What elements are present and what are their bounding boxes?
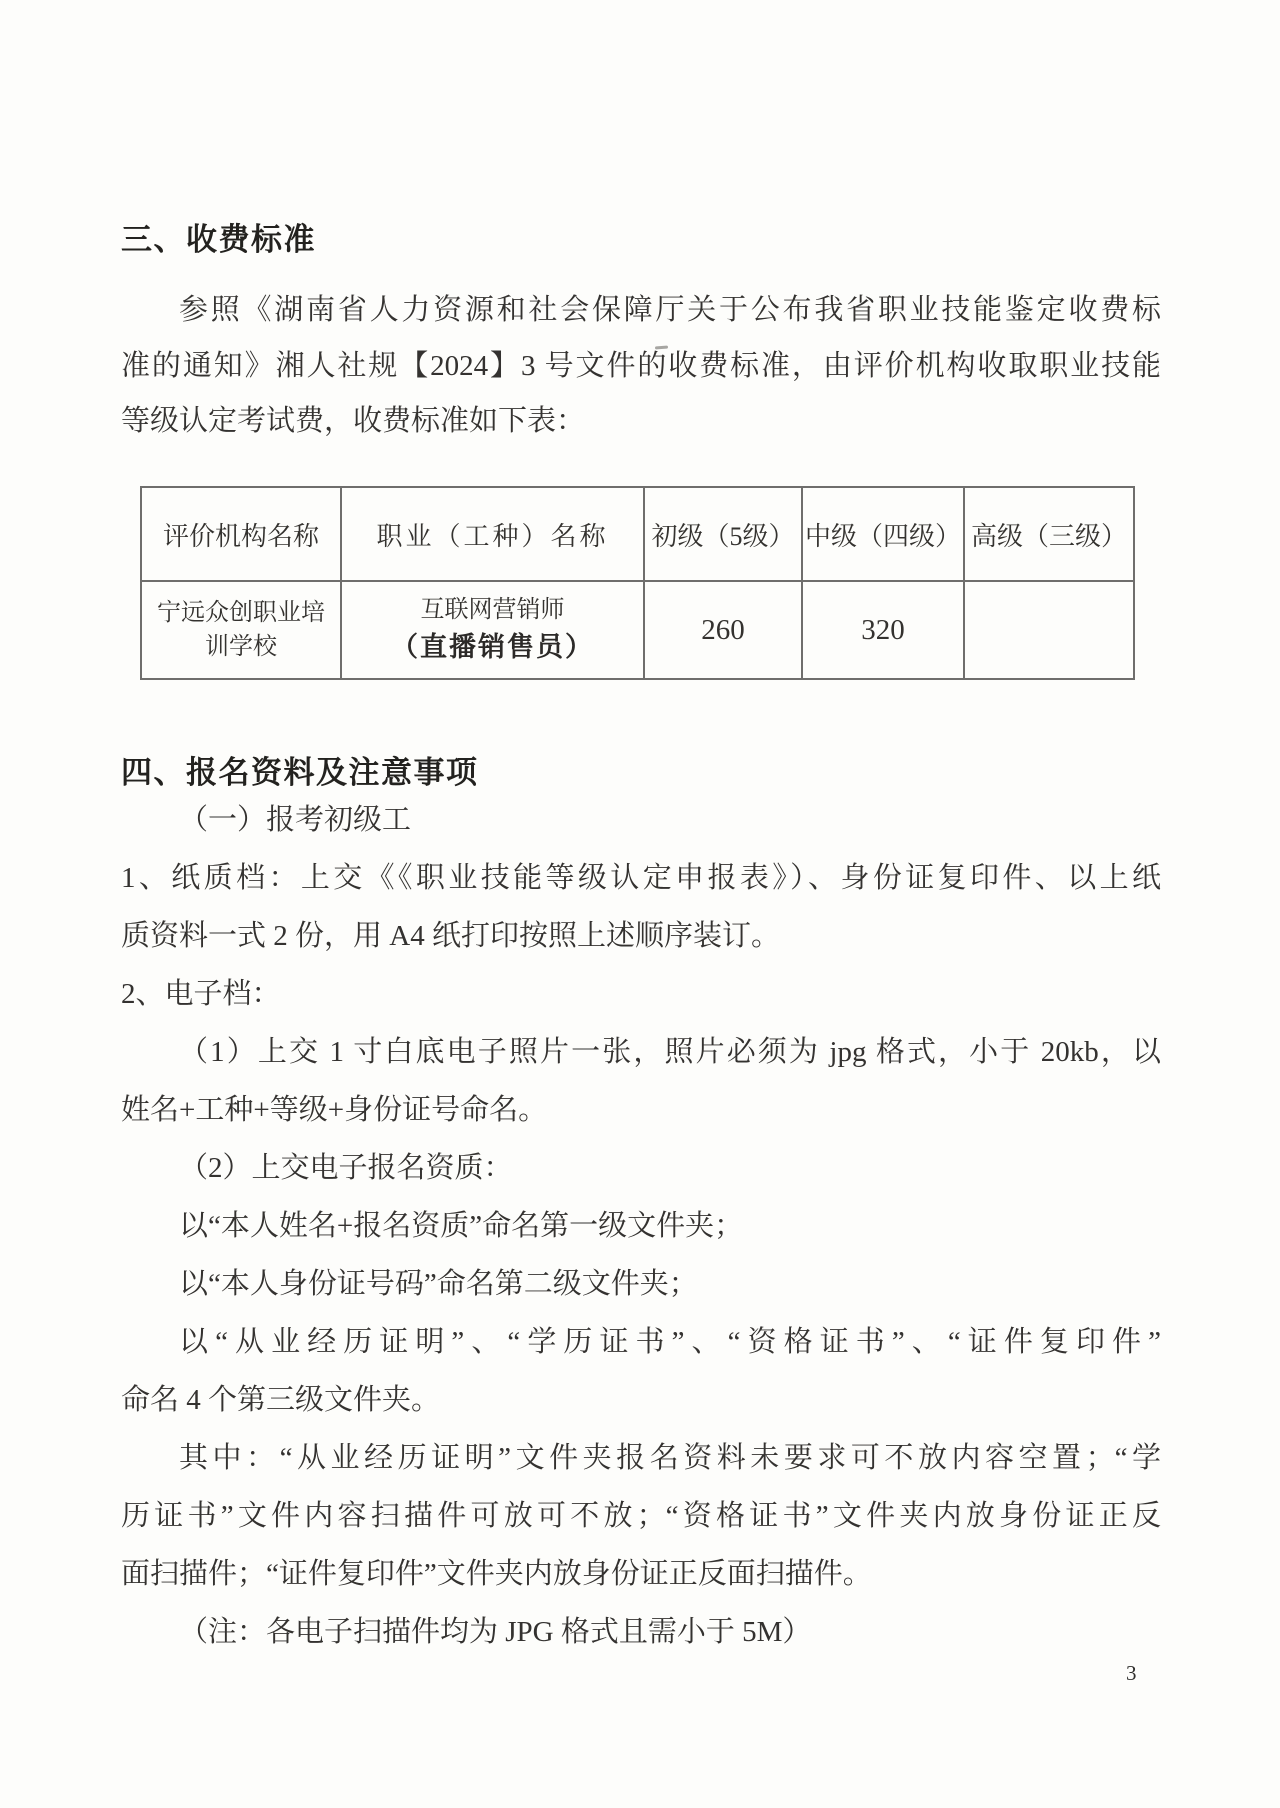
org-name-line: 训学校 [142, 630, 340, 664]
document-page: 三、收费标准 参照《湖南省人力资源和社会保障厅关于公布我省职业技能鉴定收费标 准… [0, 0, 1280, 1808]
reg-line: 以“本人姓名+报名资质”命名第一级文件夹； [121, 1197, 1161, 1255]
reg-line: （1）上交 1 寸白底电子照片一张，照片必须为 jpg 格式，小于 20kb，以 [121, 1023, 1161, 1081]
fee-paragraph-line: 等级认定考试费，收费标准如下表： [121, 394, 1161, 450]
reg-line: 质资料一式 2 份，用 A4 纸打印按照上述顺序装订。 [121, 907, 1161, 965]
fee-table-data-row: 宁远众创职业培 训学校 互联网营销师 （直播销售员） 260 320 [141, 581, 1134, 679]
fee-paragraph-line: 参照《湖南省人力资源和社会保障厅关于公布我省职业技能鉴定收费标 [121, 283, 1161, 339]
reg-line: （2）上交电子报名资质： [121, 1139, 1161, 1197]
cell-junior-fee: 260 [644, 581, 802, 679]
header-intermediate-level: 中级（四级） [802, 487, 964, 581]
reg-line: 命名 4 个第三级文件夹。 [121, 1371, 1161, 1429]
fee-paragraph-line: 准的通知》湘人社规【2024】3 号文件的收费标准，由评价机构收取职业技能 [121, 339, 1161, 395]
reg-line-subheading: （一）报考初级工 [121, 791, 1161, 849]
reg-line: 以“从业经历证明”、“学历证书”、“资格证书”、“证件复印件” [121, 1313, 1161, 1371]
reg-line-note: （注：各电子扫描件均为 JPG 格式且需小于 5M） [121, 1603, 1161, 1661]
page-number: 3 [1126, 1660, 1137, 1686]
reg-line: 1、纸质档：上交《《职业技能等级认定申报表》）、身份证复印件、以上纸 [121, 849, 1161, 907]
reg-line: 历证书”文件内容扫描件可放可不放；“资格证书”文件夹内放身份证正反 [121, 1487, 1161, 1545]
reg-line: 其中：“从业经历证明”文件夹报名资料未要求可不放内容空置；“学 [121, 1429, 1161, 1487]
section-fee-heading: 三、收费标准 [121, 214, 316, 259]
section-registration-heading: 四、报名资料及注意事项 [121, 747, 479, 792]
registration-body: （一）报考初级工 1、纸质档：上交《《职业技能等级认定申报表》）、身份证复印件、… [121, 791, 1161, 1661]
header-junior-level: 初级（5级） [644, 487, 802, 581]
occupation-line: （直播销售员） [342, 627, 643, 667]
reg-line: 姓名+工种+等级+身份证号命名。 [121, 1081, 1161, 1139]
fee-table: 评价机构名称 职业（工种）名称 初级（5级） 中级（四级） 高级（三级） 宁远众… [140, 486, 1135, 680]
reg-line: 2、电子档： [121, 965, 1161, 1023]
cell-senior-fee [964, 581, 1134, 679]
cell-intermediate-fee: 320 [802, 581, 964, 679]
header-senior-level: 高级（三级） [964, 487, 1134, 581]
cell-org-name: 宁远众创职业培 训学校 [141, 581, 341, 679]
reg-line: 面扫描件；“证件复印件”文件夹内放身份证正反面扫描件。 [121, 1545, 1161, 1603]
fee-table-header-row: 评价机构名称 职业（工种）名称 初级（5级） 中级（四级） 高级（三级） [141, 487, 1134, 581]
fee-paragraph: 参照《湖南省人力资源和社会保障厅关于公布我省职业技能鉴定收费标 准的通知》湘人社… [121, 283, 1161, 450]
occupation-line: 互联网营销师 [342, 594, 643, 627]
reg-line: 以“本人身份证号码”命名第二级文件夹； [121, 1255, 1161, 1313]
cell-occupation: 互联网营销师 （直播销售员） [341, 581, 644, 679]
header-org-name: 评价机构名称 [141, 487, 341, 581]
header-occupation-name: 职业（工种）名称 [341, 487, 644, 581]
org-name-line: 宁远众创职业培 [142, 596, 340, 630]
